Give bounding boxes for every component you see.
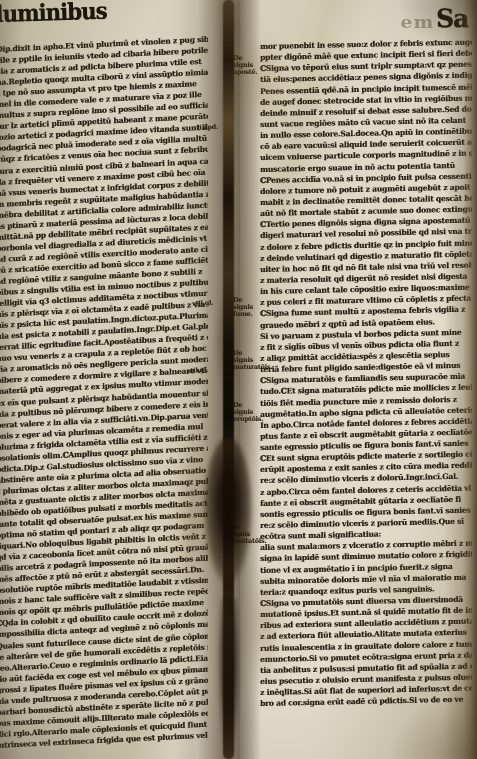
binding-damage-blotch xyxy=(204,438,252,583)
left-margin-note-3: vtil.gl. xyxy=(187,366,217,375)
right-running-title: Sa xyxy=(436,4,468,33)
right-running-title-ghost: em xyxy=(400,13,434,33)
binding-damage-bottom xyxy=(218,598,240,759)
gutter-note-de-signis-eruptionis: De signis eruptōis. xyxy=(233,402,263,424)
right-page-text-column: mor puenebit in esse suo:z dolor z febri… xyxy=(260,37,472,710)
book-photo: { "palette": { "page_color": "#d8d1bd", … xyxy=(0,0,477,759)
open-book-photo: luminibus Dip.dixit in apho.Et vinū plur… xyxy=(0,0,477,759)
left-page-text-column: Dip.dixit in apho.Et vinū plurimū et vin… xyxy=(0,34,208,751)
left-running-title: luminibus xyxy=(0,0,107,28)
